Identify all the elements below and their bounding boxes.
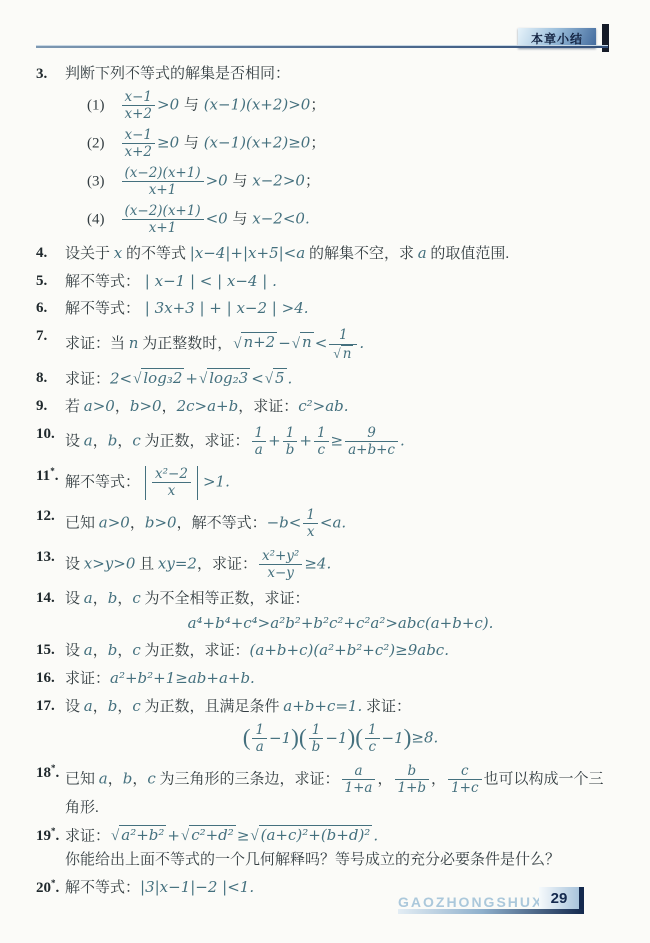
problem-line: 已知 a>0，b>0，解不等式：−b<1x<a. — [65, 505, 616, 543]
problem-item: 7.求证：当 n 为正整数时，√n+2−√n<1√n. — [36, 325, 616, 364]
problem-item: 15.设 a，b，c 为正数，求证：(a+b+c)(a²+b²+c²)≥9abc… — [36, 639, 616, 664]
problem-content: 解不等式： | 3x+3 | + | x−2 | >4. — [65, 297, 616, 322]
problem-line: 解不等式：x²−2x>1. — [65, 464, 616, 502]
problem-number: 14. — [36, 587, 65, 637]
problem-item: 11*.解不等式：x²−2x>1. — [36, 464, 616, 502]
problem-line: 设 x>y>0 且 xy=2，求证：x²+y²x−y≥4. — [65, 546, 616, 584]
problem-content: 求证：a²+b²+1≥ab+a+b. — [65, 667, 616, 692]
problem-item: 19*.求证：√a²+b²+√c²+d²≥√(a+c)²+(b+d)².你能给出… — [36, 824, 616, 873]
problem-item: 13.设 x>y>0 且 xy=2，求证：x²+y²x−y≥4. — [36, 546, 616, 584]
problem-content: 设 a，b，c 为正数，且满足条件 a+b+c=1. 求证：1a−11b−11c… — [65, 695, 616, 758]
problem-line: 若 a>0，b>0，2c>a+b，求证：c²>ab. — [65, 395, 616, 420]
problem-line: (2) x−1x+2≥0 与 (x−1)(x+2)≥0； — [65, 125, 616, 163]
problem-number: 19*. — [36, 824, 65, 873]
problem-line: 设 a，b，c 为正数，求证：(a+b+c)(a²+b²+c²)≥9abc. — [65, 639, 616, 664]
problem-content: 若 a>0，b>0，2c>a+b，求证：c²>ab. — [65, 395, 616, 420]
problem-item: 5.解不等式： | x−1 | < | x−4 | . — [36, 270, 616, 295]
problem-number: 13. — [36, 546, 65, 584]
problem-line: 设关于 x 的不等式 |x−4|+|x+5|<a 的解集不空，求 a 的取值范围… — [65, 242, 616, 267]
problem-number: 12. — [36, 505, 65, 543]
problem-line: 你能给出上面不等式的一个几何解释吗？等号成立的充分必要条件是什么？ — [65, 849, 616, 873]
problem-line: 判断下列不等式的解集是否相同： — [65, 63, 616, 87]
problem-number: 11*. — [36, 464, 65, 502]
problem-line: (3) (x−2)(x+1)x+1>0 与 x−2>0； — [65, 163, 616, 201]
problem-content: 解不等式： | x−1 | < | x−4 | . — [65, 270, 616, 295]
problem-line: a⁴+b⁴+c⁴>a²b²+b²c²+c²a²>abc(a+b+c). — [65, 612, 616, 637]
problem-line: 求证：a²+b²+1≥ab+a+b. — [65, 667, 616, 692]
problem-number: 17. — [36, 695, 65, 758]
problem-number: 9. — [36, 395, 65, 420]
problem-number: 4. — [36, 242, 65, 267]
problem-content: 判断下列不等式的解集是否相同：(1) x−1x+2>0 与 (x−1)(x+2)… — [65, 63, 616, 239]
problem-number: 16. — [36, 667, 65, 692]
problem-number: 5. — [36, 270, 65, 295]
problem-line: (1) x−1x+2>0 与 (x−1)(x+2)>0； — [65, 87, 616, 125]
problem-content: 设 x>y>0 且 xy=2，求证：x²+y²x−y≥4. — [65, 546, 616, 584]
problem-line: 求证：√a²+b²+√c²+d²≥√(a+c)²+(b+d)². — [65, 824, 616, 849]
problem-number: 7. — [36, 325, 65, 364]
problem-item: 10.设 a，b，c 为正数，求证：1a+1b+1c≥9a+b+c. — [36, 423, 616, 461]
problem-line: 解不等式： | 3x+3 | + | x−2 | >4. — [65, 297, 616, 322]
problem-content: 设关于 x 的不等式 |x−4|+|x+5|<a 的解集不空，求 a 的取值范围… — [65, 242, 616, 267]
problem-item: 17.设 a，b，c 为正数，且满足条件 a+b+c=1. 求证：1a−11b−… — [36, 695, 616, 758]
problem-line: (4) (x−2)(x+1)x+1<0 与 x−2<0. — [65, 201, 616, 239]
problem-number: 10. — [36, 423, 65, 461]
problem-item: 3.判断下列不等式的解集是否相同：(1) x−1x+2>0 与 (x−1)(x+… — [36, 63, 616, 239]
problem-item: 9.若 a>0，b>0，2c>a+b，求证：c²>ab. — [36, 395, 616, 420]
problem-line: 求证：当 n 为正整数时，√n+2−√n<1√n. — [65, 325, 616, 364]
problem-number: 6. — [36, 297, 65, 322]
problem-line: 已知 a，b，c 为三角形的三条边，求证：a1+a，b1+b，c1+c也可以构成… — [65, 761, 616, 821]
problem-line: 设 a，b，c 为不全相等正数，求证： — [65, 587, 616, 612]
problem-list: 3.判断下列不等式的解集是否相同：(1) x−1x+2>0 与 (x−1)(x+… — [36, 63, 616, 903]
problem-item: 4.设关于 x 的不等式 |x−4|+|x+5|<a 的解集不空，求 a 的取值… — [36, 242, 616, 267]
problem-item: 6.解不等式： | 3x+3 | + | x−2 | >4. — [36, 297, 616, 322]
problem-number: 18*. — [36, 761, 65, 821]
problem-number: 8. — [36, 367, 65, 392]
problem-item: 18*.已知 a，b，c 为三角形的三条边，求证：a1+a，b1+b，c1+c也… — [36, 761, 616, 821]
problem-item: 14.设 a，b，c 为不全相等正数，求证：a⁴+b⁴+c⁴>a²b²+b²c²… — [36, 587, 616, 637]
header-rule — [36, 45, 608, 48]
problem-line: 1a−11b−11c−1≥8. — [65, 720, 616, 758]
problem-content: 求证：2<√log₃2+√log₂3<√5. — [65, 367, 616, 392]
problem-content: 求证：√a²+b²+√c²+d²≥√(a+c)²+(b+d)².你能给出上面不等… — [65, 824, 616, 873]
problem-content: 设 a，b，c 为正数，求证：(a+b+c)(a²+b²+c²)≥9abc. — [65, 639, 616, 664]
problem-content: 设 a，b，c 为正数，求证：1a+1b+1c≥9a+b+c. — [65, 423, 616, 461]
problem-content: 设 a，b，c 为不全相等正数，求证：a⁴+b⁴+c⁴>a²b²+b²c²+c²… — [65, 587, 616, 637]
problem-item: 16.求证：a²+b²+1≥ab+a+b. — [36, 667, 616, 692]
problem-content: 求证：当 n 为正整数时，√n+2−√n<1√n. — [65, 325, 616, 364]
problem-number: 3. — [36, 63, 65, 239]
problem-content: 已知 a，b，c 为三角形的三条边，求证：a1+a，b1+b，c1+c也可以构成… — [65, 761, 616, 821]
problem-line: 设 a，b，c 为正数，求证：1a+1b+1c≥9a+b+c. — [65, 423, 616, 461]
problem-line: 解不等式： | x−1 | < | x−4 | . — [65, 270, 616, 295]
problem-item: 8.求证：2<√log₃2+√log₂3<√5. — [36, 367, 616, 392]
problem-line: 设 a，b，c 为正数，且满足条件 a+b+c=1. 求证： — [65, 695, 616, 720]
footer-gradient-bar — [398, 909, 584, 914]
problem-content: 解不等式：x²−2x>1. — [65, 464, 616, 502]
problem-item: 12.已知 a>0，b>0，解不等式：−b<1x<a. — [36, 505, 616, 543]
problem-number: 20*. — [36, 876, 65, 901]
problem-content: 已知 a>0，b>0，解不等式：−b<1x<a. — [65, 505, 616, 543]
problem-number: 15. — [36, 639, 65, 664]
page-number-badge: 29 — [539, 887, 584, 909]
problem-line: 求证：2<√log₃2+√log₂3<√5. — [65, 367, 616, 392]
